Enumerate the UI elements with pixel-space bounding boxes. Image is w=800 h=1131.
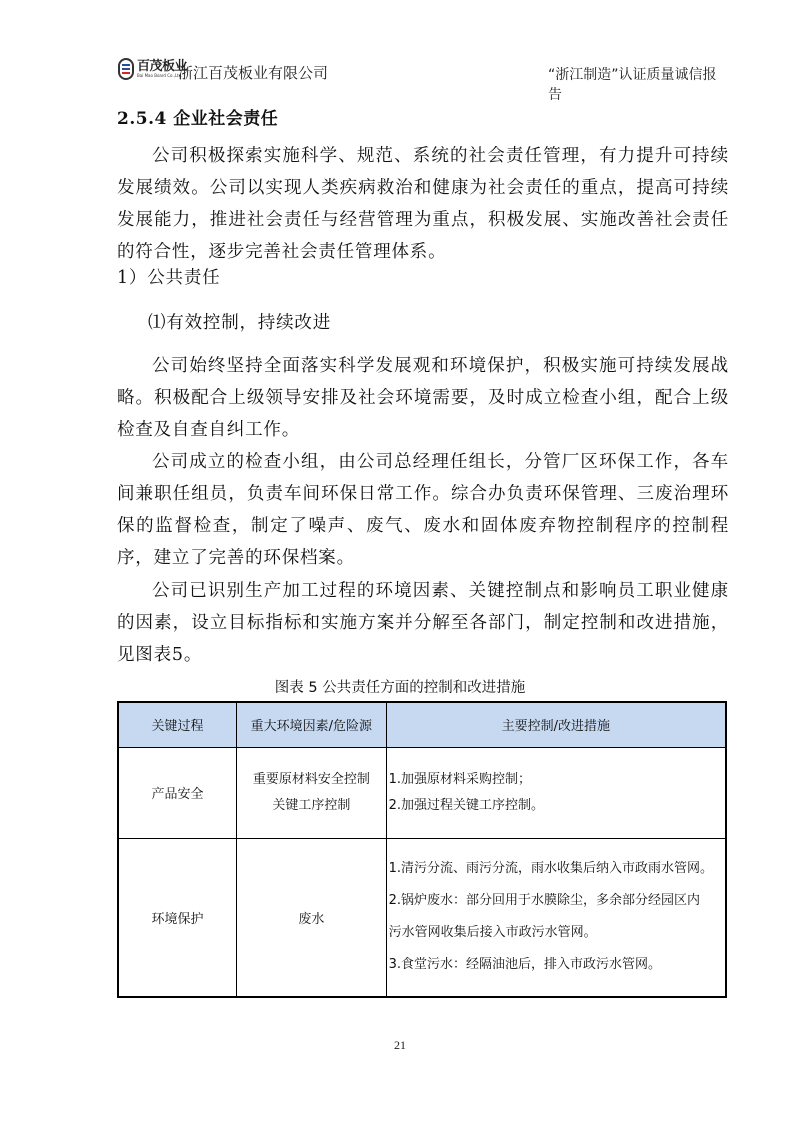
control-measures-table: 关键过程 重大环境因素/危险源 主要控制/改进措施 产品安全 重要原材料安全控制… — [117, 701, 727, 998]
subheading-public-responsibility: 1）公共责任 — [117, 262, 729, 294]
company-logo: 百茂板业 Bai Mao Board Co.,Ltd. — [118, 58, 187, 80]
paragraph-strategy: 公司始终坚持全面落实科学发展观和环境保护，积极实施可持续发展战略。积极配合上级领… — [117, 350, 729, 446]
section-title: 2.5.4 企业社会责任 — [117, 104, 278, 129]
cell-measures: 1.清污分流、雨污分流，雨水收集后纳入市政雨水管网。 2.锅炉废水：部分回用于水… — [386, 838, 726, 997]
logo-icon — [118, 58, 134, 80]
table-header-row: 关键过程 重大环境因素/危险源 主要控制/改进措施 — [118, 702, 726, 747]
column-header-factors: 重大环境因素/危险源 — [237, 702, 387, 747]
cell-factors: 废水 — [237, 838, 387, 997]
page-header: 百茂板业 Bai Mao Board Co.,Ltd. 浙江百茂板业有限公司 “… — [118, 56, 728, 86]
column-header-process: 关键过程 — [118, 702, 237, 747]
paragraph-identification: 公司已识别生产加工过程的环境因素、关键控制点和影响员工职业健康的因素，设立目标指… — [117, 575, 729, 671]
paragraph-intro: 公司积极探索实施科学、规范、系统的社会责任管理，有力提升可持续发展绩效。公司以实… — [117, 140, 729, 268]
table-row: 环境保护 废水 1.清污分流、雨污分流，雨水收集后纳入市政雨水管网。 2.锅炉废… — [118, 838, 726, 997]
paragraph-inspection-team: 公司成立的检查小组，由公司总经理任组长，分管厂区环保工作，各车间兼职任组员，负责… — [117, 446, 729, 574]
cell-process: 产品安全 — [118, 747, 237, 838]
company-name: 浙江百茂板业有限公司 — [178, 62, 328, 83]
cell-factors: 重要原材料安全控制 关键工序控制 — [237, 747, 387, 838]
cell-measures: 1.加强原材料采购控制； 2.加强过程关键工序控制。 — [386, 747, 726, 838]
report-title: “浙江制造”认证质量诚信报告 — [548, 64, 728, 104]
column-header-measures: 主要控制/改进措施 — [386, 702, 726, 747]
subheading-effective-control: ⑴有效控制，持续改进 — [148, 307, 760, 339]
table-caption: 图表 5 公共责任方面的控制和改进措施 — [0, 676, 800, 697]
table-row: 产品安全 重要原材料安全控制 关键工序控制 1.加强原材料采购控制； 2.加强过… — [118, 747, 726, 838]
page-number: 21 — [0, 1038, 800, 1053]
cell-process: 环境保护 — [118, 838, 237, 997]
